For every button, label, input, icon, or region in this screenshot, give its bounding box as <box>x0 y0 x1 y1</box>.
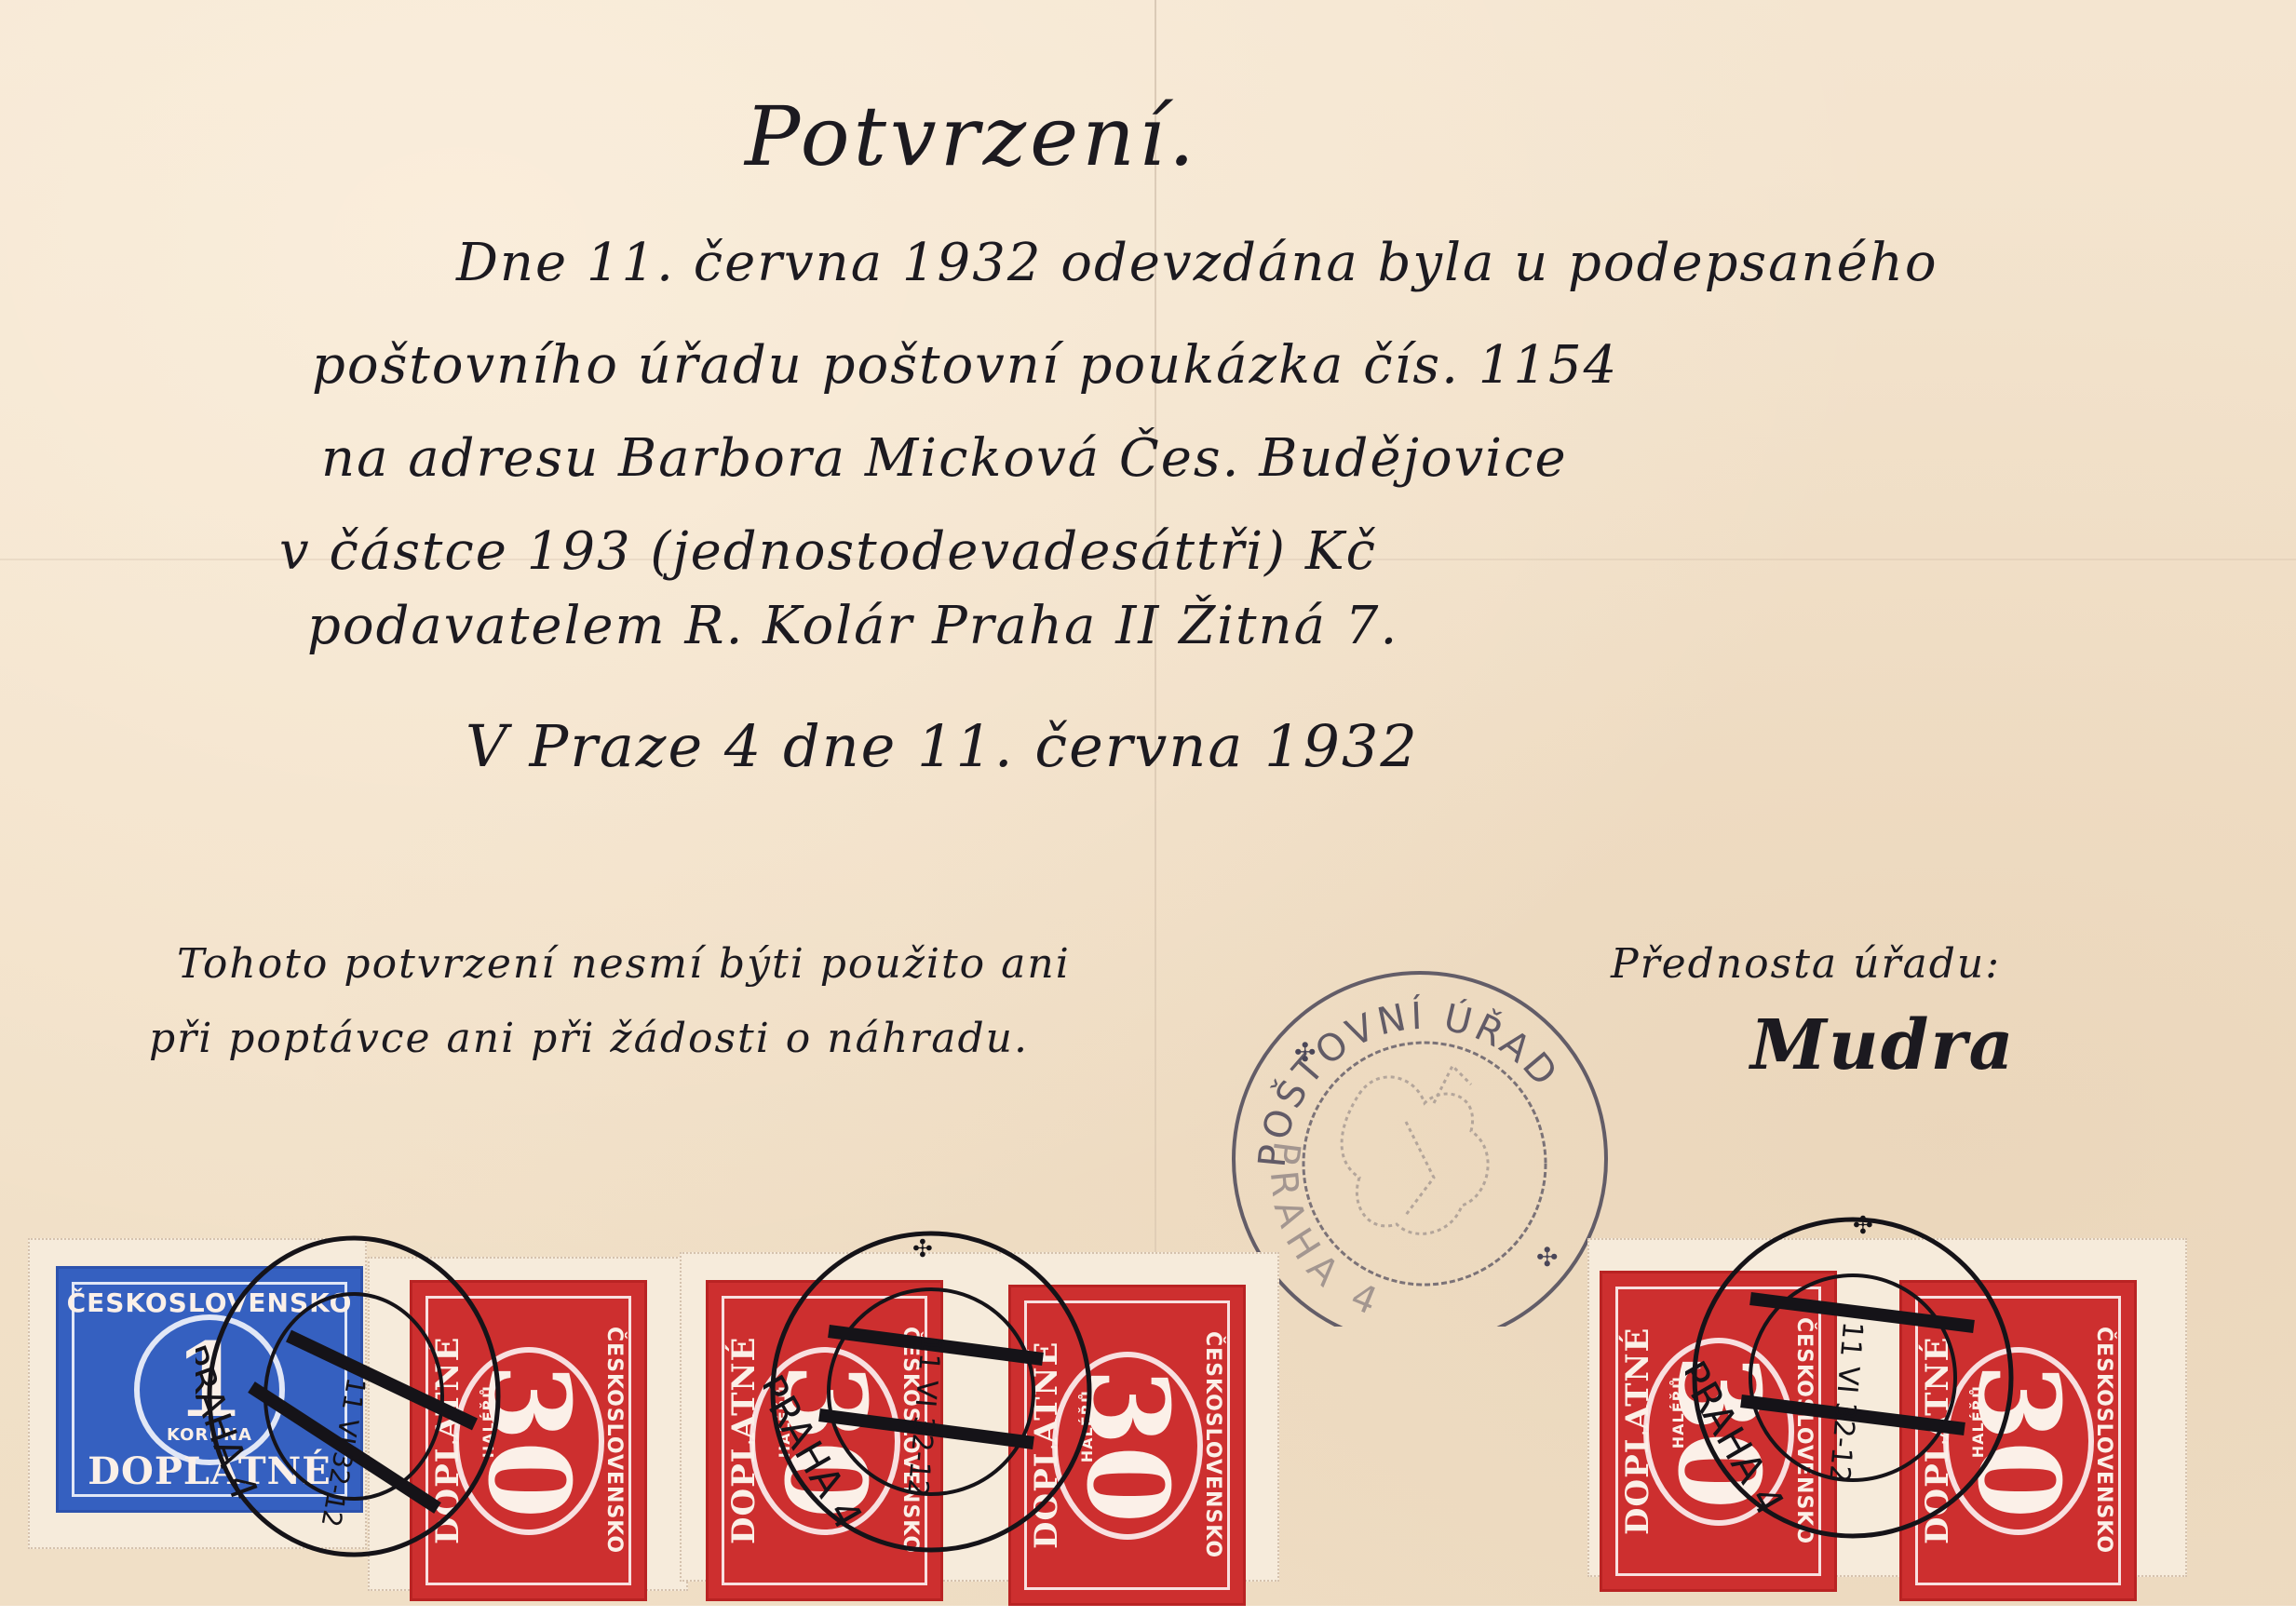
stamp-country: ČESKOSLOVENSKO <box>59 1287 360 1318</box>
stamp-value: 1 <box>59 1320 360 1440</box>
stamp-label: DOPLATNÉ <box>429 1301 466 1580</box>
note-line: Tohoto potvrzení nesmí býti použito ani <box>177 940 1071 988</box>
scan-edge <box>0 1606 2296 1617</box>
stamp-value: 30 <box>1653 1315 1784 1547</box>
post-office-seal: POŠTOVNÍ ÚŘAD PRAHA 4 ✣ ✣ <box>1220 954 1620 1327</box>
svg-text:✣: ✣ <box>1536 1242 1558 1273</box>
stamp-country: ČESKOSLOVENSKO <box>1792 1292 1816 1570</box>
postage-due-stamp-30-haleru: DOPLATNÉ ČESKOSLOVENSKO HALÉŘŮ 30 <box>410 1280 647 1601</box>
stamp-label: DOPLATNÉ <box>1619 1292 1656 1570</box>
document-title: Potvrzení. <box>745 88 1198 184</box>
stamp-value: 30 <box>463 1325 594 1556</box>
place-and-date: V Praze 4 dne 11. června 1932 <box>466 712 1419 780</box>
postage-due-stamp-30-haleru: DOPLATNÉ ČESKOSLOVENSKO HALÉŘŮ 30 <box>1008 1285 1246 1606</box>
stamp-value: 30 <box>1952 1325 2084 1556</box>
body-line: Dne 11. června 1932 odevzdána byla u pod… <box>456 233 1938 293</box>
postage-due-stamp-30-haleru: DOPLATNÉ ČESKOSLOVENSKO HALÉŘŮ 30 <box>1899 1280 2137 1601</box>
stamp-country: ČESKOSLOVENSKO <box>1201 1306 1224 1584</box>
postage-due-stamp-30-haleru: DOPLATNÉ ČESKOSLOVENSKO HALÉŘŮ 30 <box>706 1280 943 1601</box>
stamp-value: 30 <box>1061 1329 1193 1561</box>
stamp-country: ČESKOSLOVENSKO <box>602 1301 626 1580</box>
stamp-country: ČESKOSLOVENSKO <box>2092 1301 2115 1580</box>
postage-due-stamp-1-koruna: ČESKOSLOVENSKO 1 KORUNA DOPLATNÉ <box>56 1266 363 1513</box>
body-line: v částce 193 (jednostodevadesáttři) Kč <box>279 521 1377 582</box>
body-line: poštovního úřadu poštovní poukázka čís. … <box>312 335 1618 396</box>
stamp-label: DOPLATNÉ <box>1028 1306 1065 1584</box>
body-line: podavatelem R. Kolár Praha II Žitná 7. <box>307 596 1398 656</box>
stamp-label: DOPLATNÉ <box>59 1449 360 1493</box>
body-line: na adresu Barbora Micková Čes. Budějovic… <box>321 428 1568 489</box>
svg-text:✣: ✣ <box>1294 1037 1316 1068</box>
stamp-unit: KORUNA <box>59 1425 360 1445</box>
stamp-label: DOPLATNÉ <box>1919 1301 1956 1580</box>
stamp-value: 30 <box>759 1325 890 1556</box>
signature: Mudra <box>1750 1005 2015 1085</box>
note-line: při poptávce ani při žádosti o náhradu. <box>149 1015 1029 1062</box>
stamp-label: DOPLATNÉ <box>725 1301 763 1580</box>
postage-due-stamp-30-haleru: DOPLATNÉ ČESKOSLOVENSKO HALÉŘŮ 30 <box>1600 1271 1837 1592</box>
stamp-country: ČESKOSLOVENSKO <box>898 1301 922 1580</box>
seal-emblem-icon: POŠTOVNÍ ÚŘAD PRAHA 4 ✣ ✣ <box>1220 954 1620 1327</box>
office-head-label: Přednosta úřadu: <box>1611 940 2001 988</box>
